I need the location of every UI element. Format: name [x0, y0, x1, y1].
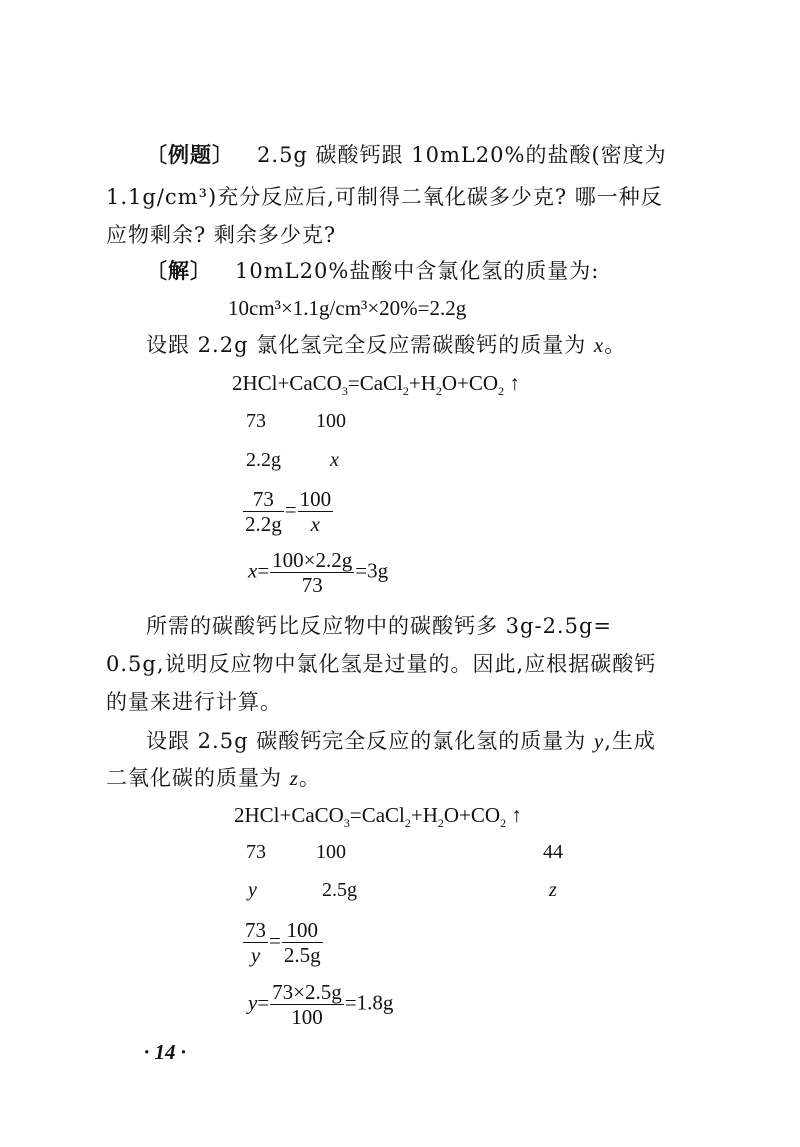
proportion-2: 73y=1002.5g — [242, 918, 324, 967]
solution-tag: 〔解〕 — [146, 258, 212, 283]
example-line-2: 1.1g/cm³)充分反应后,可制得二氧化碳多少克? 哪一种反 — [106, 183, 663, 211]
unknown-z: z — [549, 879, 557, 902]
assume-1-end: 。 — [604, 333, 626, 357]
given-hcl-mass: 2.2g — [246, 449, 281, 472]
example-line-1: 〔例题〕 2.5g 碳酸钙跟 10mL20%的盐酸(密度为 — [146, 141, 667, 169]
assume-2-line-1: 设跟 2.5g 碳酸钙完全反应的氯化氢的质量为 y,生成 — [146, 727, 656, 755]
result-x: x=100×2.2g73=3g — [248, 548, 388, 597]
molar-mass-hcl-2: 73 — [246, 841, 266, 864]
example-tag: 〔例题〕 — [146, 142, 234, 167]
page-number: · 14 · — [144, 1040, 186, 1065]
variable-z: z — [290, 766, 299, 790]
assume-2-line-2: 二氧化碳的质量为 z。 — [106, 764, 321, 792]
analysis-line-1: 所需的碳酸钙比反应物中的碳酸钙多 3g-2.5g= — [146, 612, 612, 640]
variable-x: x — [594, 333, 604, 357]
example-line-3: 应物剩余? 剩余多少克? — [106, 221, 336, 249]
unknown-x: x — [330, 449, 339, 472]
molar-mass-caco3-2: 100 — [316, 841, 346, 864]
analysis-line-2: 0.5g,说明反应物中氯化氢是过量的。因此,应根据碳酸钙 — [106, 650, 656, 678]
analysis-line-3: 的量来进行计算。 — [106, 688, 282, 716]
proportion-1: 732.2g=100x — [242, 487, 334, 536]
molar-mass-caco3: 100 — [316, 410, 346, 433]
given-caco3-mass: 2.5g — [322, 879, 357, 902]
hcl-mass-calc: 10cm³×1.1g/cm³×20%=2.2g — [228, 294, 466, 322]
result-y: y=73×2.5g100=1.8g — [248, 980, 393, 1029]
gas-arrow-icon: ↑ — [511, 803, 522, 827]
gas-arrow-icon: ↑ — [509, 371, 520, 395]
example-text-1: 2.5g 碳酸钙跟 10mL20%的盐酸(密度为 — [257, 143, 667, 167]
molar-mass-co2: 44 — [543, 841, 563, 864]
unknown-y: y — [248, 879, 257, 902]
solution-intro: 〔解〕 10mL20%盐酸中含氯化氢的质量为: — [146, 257, 599, 285]
assume-1: 设跟 2.2g 氯化氢完全反应需碳酸钙的质量为 x。 — [146, 331, 626, 359]
chemical-equation-1: 2HCl+CaCO3=CaCl2+H2O+CO2 ↑ — [232, 369, 520, 397]
molar-mass-hcl: 73 — [246, 410, 266, 433]
assume-1-text: 设跟 2.2g 氯化氢完全反应需碳酸钙的质量为 — [146, 333, 586, 357]
chemical-equation-2: 2HCl+CaCO3=CaCl2+H2O+CO2 ↑ — [234, 801, 522, 829]
solution-intro-text: 10mL20%盐酸中含氯化氢的质量为: — [235, 259, 599, 283]
variable-y: y — [594, 729, 604, 753]
